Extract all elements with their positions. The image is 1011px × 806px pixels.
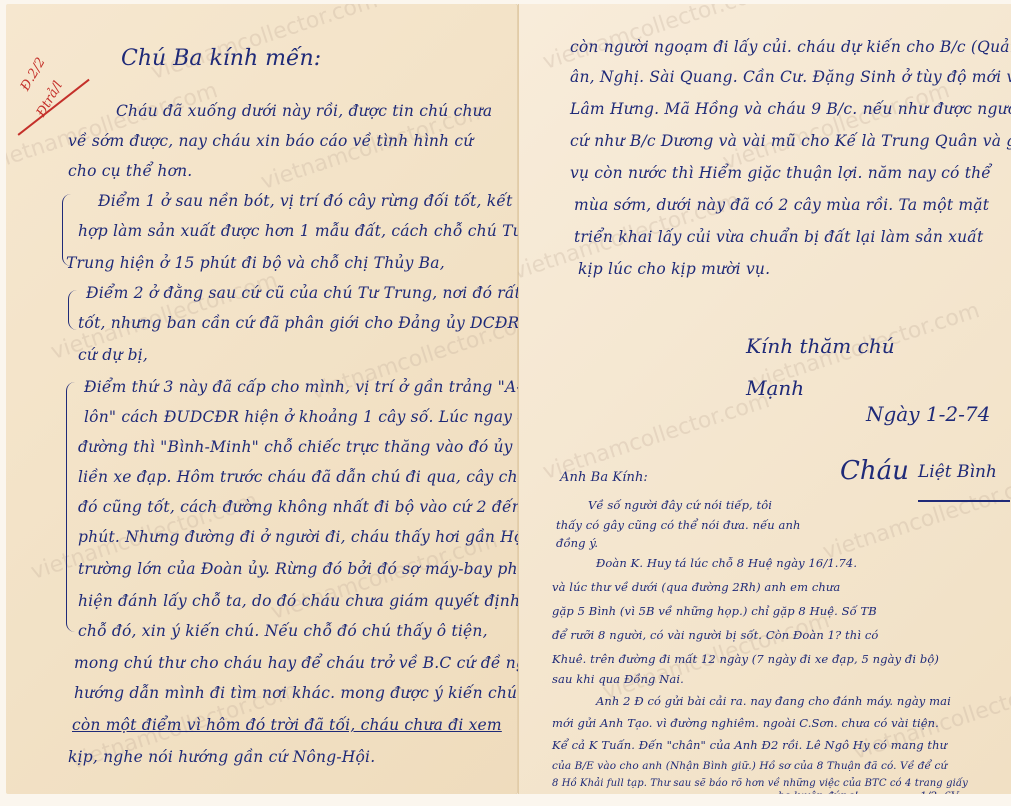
postscript-line: mới gửi Anh Tạo. vì đường nghiêm. ngoài … [552, 716, 939, 730]
scanned-letter: vietnamcollector.com vietnamcollector.co… [0, 0, 1011, 806]
postscript-line: gặp 5 Bình (vì 5B về những họp.) chỉ gặp… [552, 604, 877, 618]
letter-line: về sớm được, nay cháu xin báo cáo về tìn… [68, 132, 473, 150]
letter-line: còn một điểm vì hôm đó trời đã tối, cháu… [72, 716, 502, 734]
letter-line: cứ như B/c Dương và vài mũ cho Kế là Tru… [570, 132, 1011, 150]
page-fold [518, 4, 519, 794]
letter-line: hợp làm sản xuất được hơn 1 mẫu đất, các… [78, 222, 518, 240]
postscript-line: và lúc thư về dưới (qua đường 2Rh) anh e… [552, 580, 840, 594]
letter-line: kịp, nghe nói hướng gần cứ Nông-Hội. [68, 748, 375, 766]
postscript-closing: hs.luyện đúng! [778, 790, 858, 794]
right-page: vietnamcollector.com vietnamcollector.co… [518, 4, 1011, 794]
letter-line: lôn" cách ĐUDCĐR hiện ở khoảng 1 cây số.… [84, 408, 518, 426]
postscript-line: đồng ý. [556, 536, 598, 550]
postscript-line: của B/E vào cho anh (Nhận Bình giữ.) Hồ … [552, 760, 947, 772]
signature-prefix: Cháu [840, 456, 909, 486]
letter-date: Ngày 1-2-74 [866, 402, 990, 426]
postscript-line: Kể cả K Tuấn. Đến "chân" của Anh Đ2 rồi.… [552, 738, 947, 752]
left-page: vietnamcollector.com vietnamcollector.co… [6, 4, 518, 794]
postscript-line: sau khi qua Đồng Nai. [552, 672, 684, 686]
letter-line: đường thì "Bình-Minh" chỗ chiếc trực thă… [78, 438, 518, 456]
letter-line: kịp lúc cho kịp mười vụ. [578, 260, 770, 278]
postscript-greeting: Anh Ba Kính: [560, 470, 648, 485]
postscript-line: Đoàn K. Huy tá lúc chỗ 8 Huệ ngày 16/1.7… [596, 556, 857, 570]
letter-line: chỗ đó, xin ý kiến chú. Nếu chỗ đó chú t… [78, 622, 488, 640]
letter-line: Trung hiện ở 15 phút đi bộ và chỗ chị Th… [66, 254, 445, 272]
postscript-line: Khuê. trên đường đi mất 12 ngày (7 ngày … [552, 652, 939, 666]
letter-line: Cháu đã xuống dưới này rồi, được tin chú… [116, 102, 492, 120]
margin-annotation-line1: Đ.2/2 [18, 55, 49, 93]
postscript-signoff: 1/2. 6V. [920, 790, 960, 794]
letter-line: Lâm Hưng. Mã Hồng và cháu 9 B/c. nếu như… [570, 100, 1011, 118]
postscript-line: Anh 2 Đ có gửi bài cải ra. nay đang cho … [596, 694, 951, 708]
letter-line: ân, Nghị. Sài Quang. Cần Cư. Đặng Sinh ở… [570, 68, 1011, 86]
letter-line: vụ còn nước thì Hiểm giặc thuận lợi. năm… [570, 164, 991, 182]
letter-line: mùa sớm, dưới này đã có 2 cây mùa rồi. T… [574, 196, 989, 214]
letter-line: cho cụ thể hơn. [68, 162, 192, 180]
signature-underline [918, 500, 1010, 502]
letter-line: mong chú thư cho cháu hay để cháu trở về… [74, 654, 518, 672]
letter-line: trường lớn của Đoàn ủy. Rừng đó bởi đó s… [78, 560, 518, 578]
letter-line: đó cũng tốt, cách đường không nhất đi bộ… [78, 498, 518, 516]
letter-line: triển khai lấy củi vừa chuẩn bị đất lại … [574, 228, 983, 246]
letter-line: tốt, nhưng ban cần cứ đã phân giới cho Đ… [78, 314, 518, 332]
letter-line-point-3: Điểm thứ 3 này đã cấp cho mình, vị trí ở… [84, 378, 518, 396]
letter-line: hiện đánh lấy chỗ ta, do đó cháu chưa gi… [78, 592, 518, 610]
watermark: vietnamcollector.com [6, 78, 221, 175]
letter-line-point-2: Điểm 2 ở đằng sau cứ cũ của chú Tư Trung… [86, 284, 518, 302]
letter-greeting: Chú Ba kính mến: [121, 46, 321, 71]
signature-name: Liệt Bình [918, 462, 997, 482]
watermark: vietnamcollector.com [148, 4, 381, 85]
bracket-point-3 [66, 382, 75, 632]
postscript-line: để rưỡi 8 người, có vài người bị sốt. Cò… [552, 628, 878, 642]
postscript-line: 8 Hồ Khải full tạp. Thư sau sẽ báo rõ hơ… [552, 778, 968, 789]
bracket-point-2 [68, 290, 77, 330]
letter-line: còn người ngoạm đi lấy củi. cháu dự kiến… [570, 38, 1011, 56]
closing-line: Kính thăm chú [746, 334, 895, 358]
watermark: vietnamcollector.com [720, 78, 953, 175]
letter-line: liền xe đạp. Hôm trước cháu đã dẫn chú đ… [78, 468, 518, 486]
health-note: Mạnh [746, 376, 804, 400]
letter-line: cứ dự bị, [78, 346, 148, 364]
letter-line: hướng dẫn mình đi tìm nơi khác. mong đượ… [74, 684, 518, 702]
postscript-line: Về số người đây cứ nói tiếp, tôi [588, 498, 772, 512]
letter-line-point-1: Điểm 1 ở sau nền bót, vị trí đó cây rừng… [98, 192, 513, 210]
postscript-line: thấy có gây cũng có thể nói đưa. nếu anh [556, 518, 800, 532]
letter-line: phút. Nhưng đường đi ở người đi, cháu th… [78, 528, 518, 546]
